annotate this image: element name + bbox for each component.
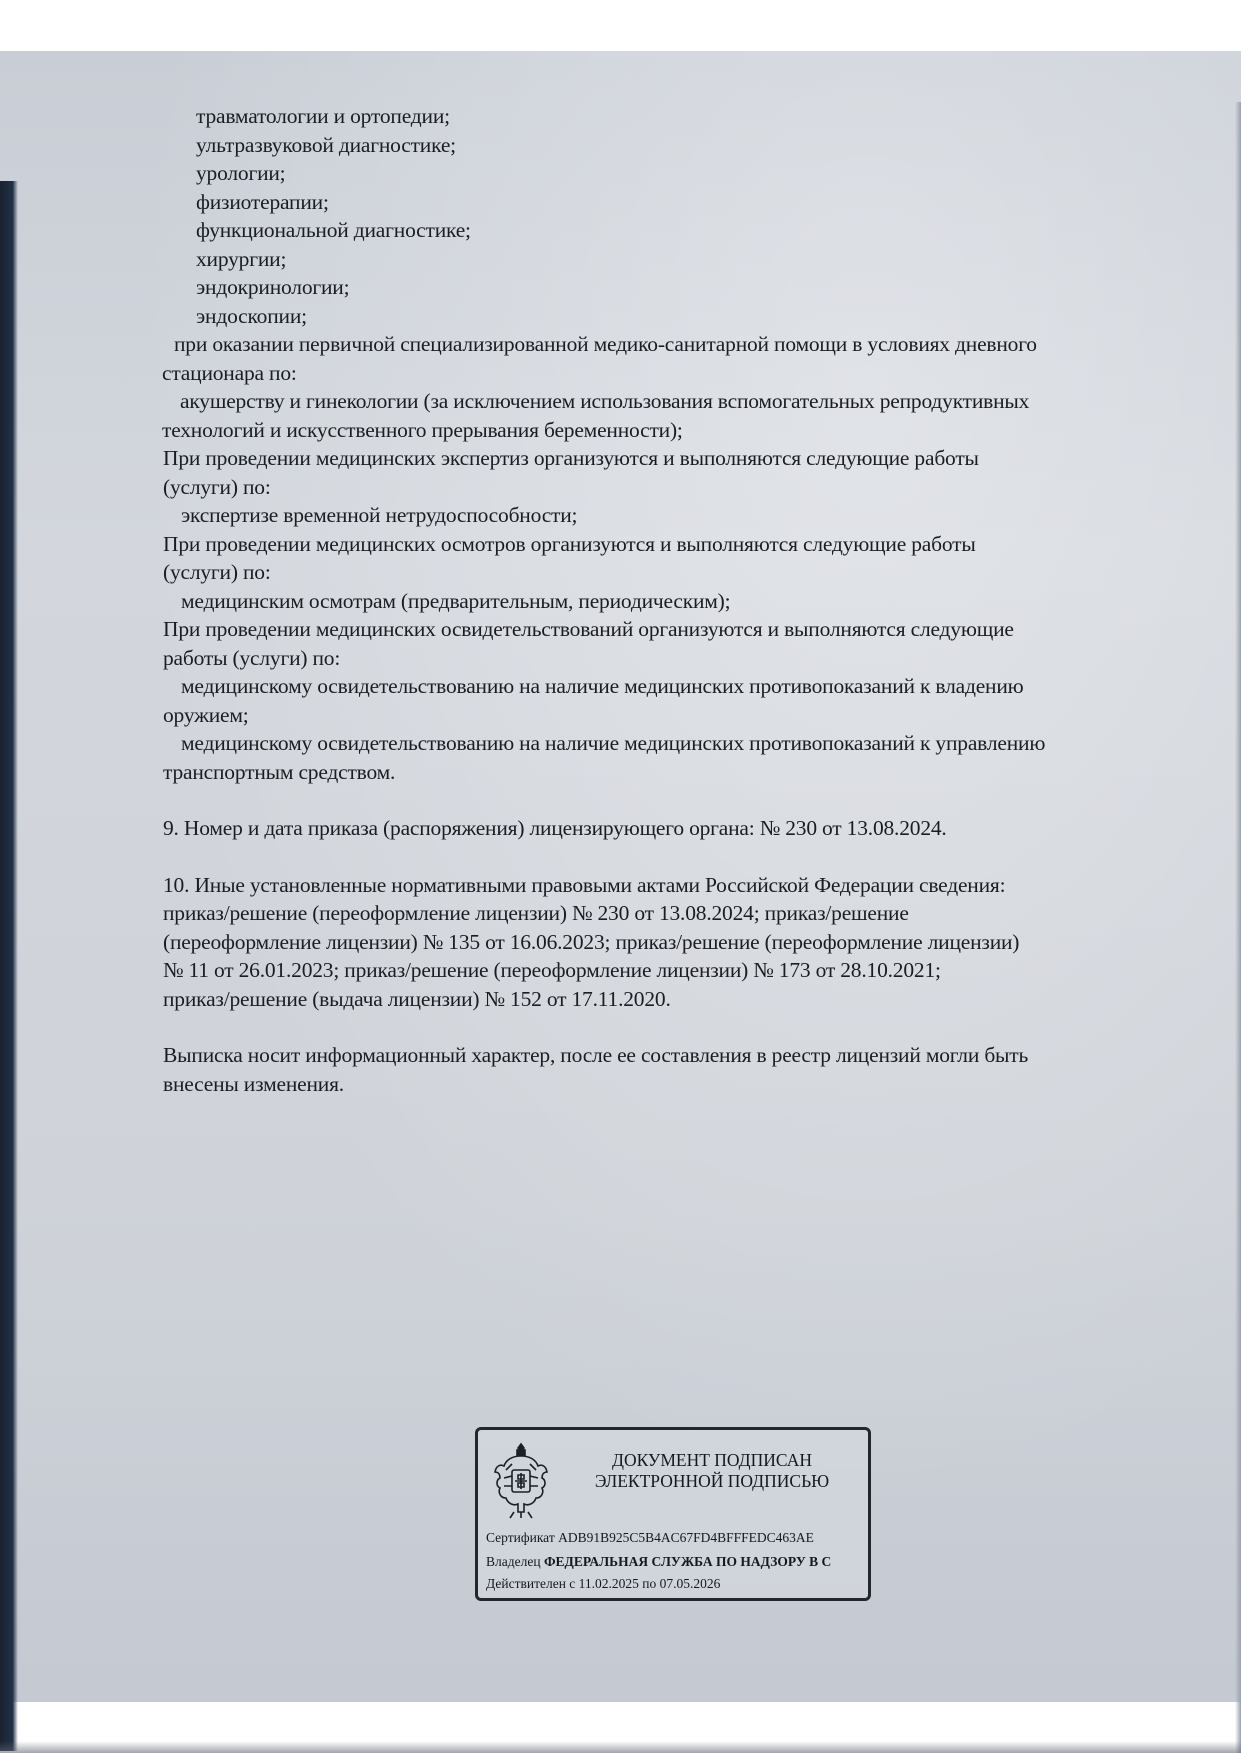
section-10-line: (переоформление лицензии) № 135 от 16.06… [163,928,1172,957]
certificate-label: Сертификат [486,1530,555,1545]
examinations-heading: При проведении медицинских освидетельств… [163,615,1172,644]
section-10-line: приказ/решение (переоформление лицензии)… [163,899,1172,928]
page-edge-shadow [0,181,18,1751]
list-item: хирургии; [182,245,1172,274]
checkups-heading-cont: (услуги) по: [163,558,1172,587]
owner-label: Владелец [486,1554,541,1569]
expertise-heading-cont: (услуги) по: [163,473,1172,502]
expertise-section: При проведении медицинских экспертиз орг… [163,444,1172,530]
day-hospital-heading: при оказании первичной специализированно… [162,330,1172,359]
section-9-order-number: 9. Номер и дата приказа (распоряжения) л… [163,814,1172,843]
license-extract-body: травматологии и ортопедии; ультразвуково… [182,102,1172,1098]
list-item: травматологии и ортопедии; [182,102,1172,131]
driving-item-cont: транспортным средством. [163,758,1172,787]
list-item: физиотерапии; [182,188,1172,217]
owner-row: Владелец ФЕДЕРАЛЬНАЯ СЛУЖБА ПО НАДЗОРУ В… [486,1554,866,1570]
section-10-other-info: 10. Иные установленные нормативными прав… [163,871,1172,1014]
obstetrics-item: акушерству и гинекологии (за исключением… [162,387,1172,416]
disclaimer-line: Выписка носит информационный характер, п… [163,1041,1172,1070]
section-10-line: 10. Иные установленные нормативными прав… [163,871,1172,900]
stamp-title-line1: ДОКУМЕНТ ПОДПИСАН [562,1450,862,1471]
coat-of-arms-emblem-icon [492,1442,550,1520]
list-item: эндоскопии; [182,302,1172,331]
electronic-signature-stamp: ДОКУМЕНТ ПОДПИСАН ЭЛЕКТРОННОЙ ПОДПИСЬЮ С… [475,1427,871,1601]
section-10-line: № 11 от 26.01.2023; приказ/решение (пере… [163,956,1172,985]
page-bottom-edge [0,1741,1241,1753]
list-item: функциональной диагностике; [182,216,1172,245]
stamp-title: ДОКУМЕНТ ПОДПИСАН ЭЛЕКТРОННОЙ ПОДПИСЬЮ [562,1450,862,1492]
list-item: эндокринологии; [182,273,1172,302]
driving-item: медицинскому освидетельствованию на нали… [163,729,1172,758]
expertise-item: экспертизе временной нетрудоспособности; [163,501,1172,530]
list-item: урологии; [182,159,1172,188]
section-10-line: приказ/решение (выдача лицензии) № 152 о… [163,985,1172,1014]
profile-list: травматологии и ортопедии; ультразвуково… [182,102,1172,330]
checkups-heading: При проведении медицинских осмотров орга… [163,530,1172,559]
certificate-row: Сертификат ADB91B925C5B4AC67FD4BFFFEDC46… [486,1530,866,1546]
expertise-heading: При проведении медицинских экспертиз орг… [163,444,1172,473]
checkups-section: При проведении медицинских осмотров орга… [163,530,1172,616]
list-item: ультразвуковой диагностике; [182,131,1172,160]
page-right-edge [1235,102,1241,1753]
weapons-item-cont: оружием; [163,701,1172,730]
disclaimer: Выписка носит информационный характер, п… [163,1041,1172,1098]
examinations-section: При проведении медицинских освидетельств… [163,615,1172,786]
weapons-item: медицинскому освидетельствованию на нали… [163,672,1172,701]
stamp-title-line2: ЭЛЕКТРОННОЙ ПОДПИСЬЮ [562,1471,862,1492]
owner-value: ФЕДЕРАЛЬНАЯ СЛУЖБА ПО НАДЗОРУ В С [544,1554,831,1569]
disclaimer-line: внесены изменения. [163,1070,1172,1099]
certificate-value: ADB91B925C5B4AC67FD4BFFFEDC463AE [558,1530,814,1545]
examinations-heading-cont: работы (услуги) по: [163,644,1172,673]
day-hospital-section: при оказании первичной специализированно… [162,330,1172,444]
day-hospital-heading-cont: стационара по: [162,359,1172,388]
obstetrics-item-cont: технологий и искусственного прерывания б… [162,416,1172,445]
validity-row: Действителен с 11.02.2025 по 07.05.2026 [486,1576,866,1592]
checkups-item: медицинским осмотрам (предварительным, п… [163,587,1172,616]
